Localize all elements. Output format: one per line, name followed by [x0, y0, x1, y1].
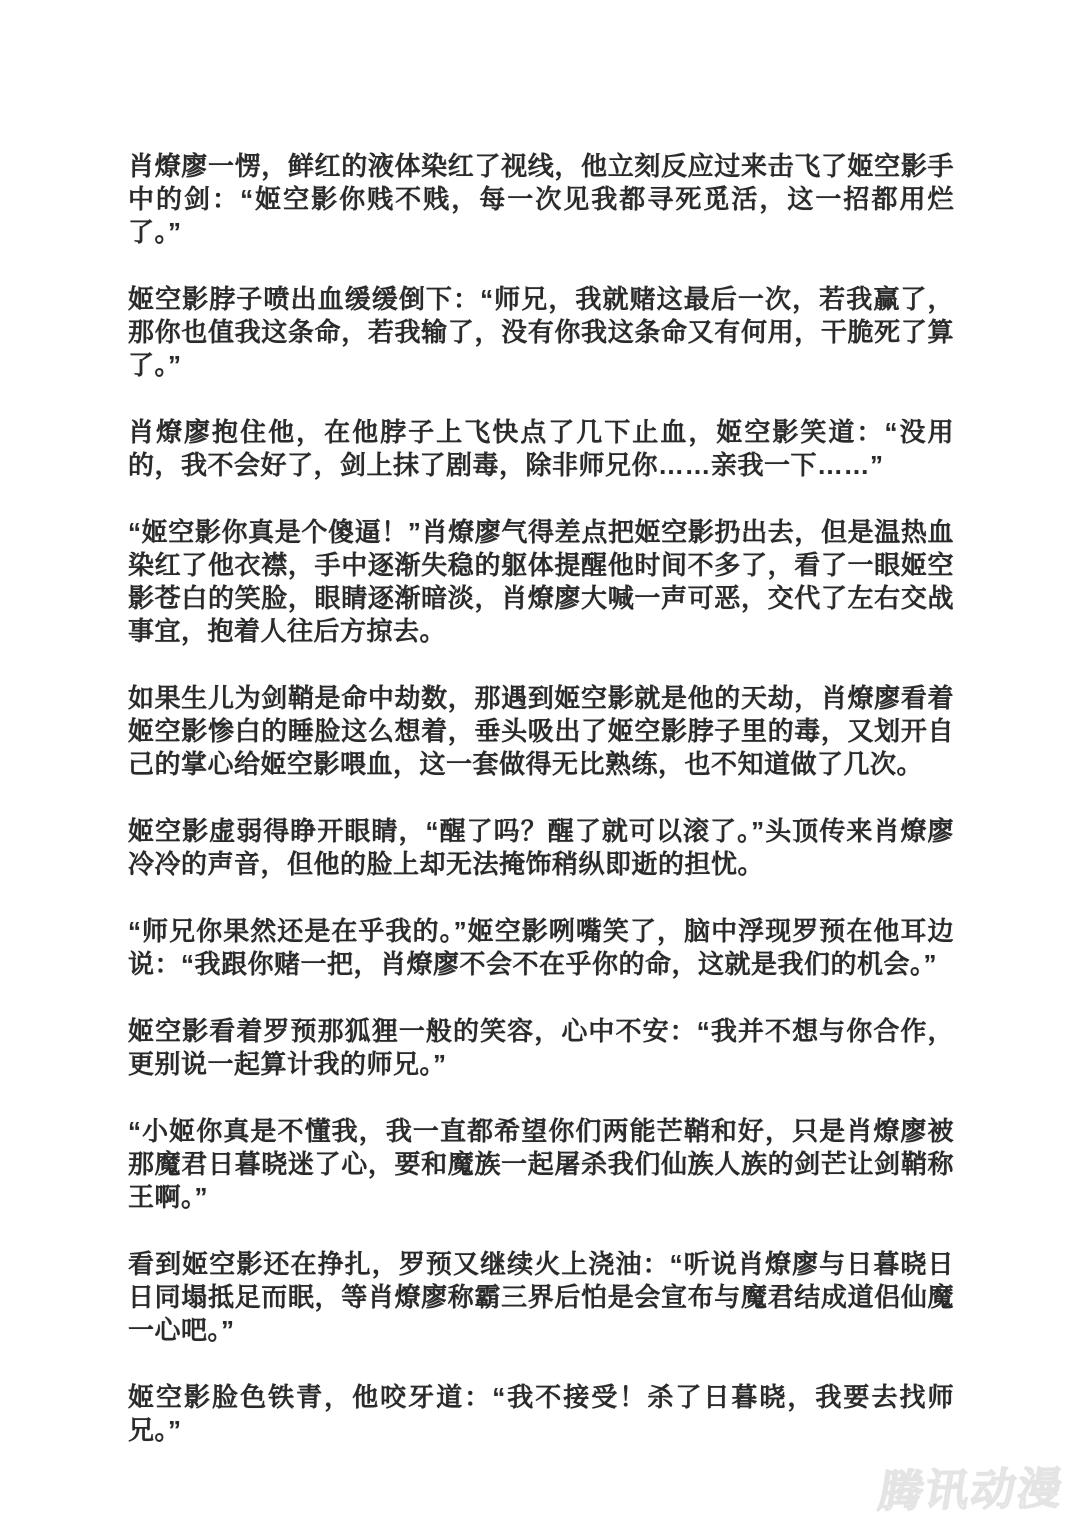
story-paragraph: 姬空影虚弱得睁开眼睛，“醒了吗？醒了就可以滚了。”头顶传来肖燎廖冷冷的声音，但他…: [128, 815, 954, 881]
story-paragraph: 姬空影脖子喷出血缓缓倒下：“师兄，我就赌这最后一次，若我赢了，那你也值我这条命，…: [128, 283, 954, 382]
story-paragraph: 如果生儿为剑鞘是命中劫数，那遇到姬空影就是他的天劫，肖燎廖看着姬空影惨白的睡脸这…: [128, 682, 954, 781]
story-text-block: 肖燎廖一愣，鲜红的液体染红了视线，他立刻反应过来击飞了姬空影手中的剑：“姬空影你…: [128, 150, 954, 1481]
novel-reader-page: 肖燎廖一愣，鲜红的液体染红了视线，他立刻反应过来击飞了姬空影手中的剑：“姬空影你…: [0, 0, 1080, 1528]
story-paragraph: “姬空影你真是个傻逼！”肖燎廖气得差点把姬空影扔出去，但是温热血染红了他衣襟，手…: [128, 516, 954, 648]
story-paragraph: “小姬你真是不懂我，我一直都希望你们两能芒鞘和好，只是肖燎廖被那魔君日暮晓迷了心…: [128, 1115, 954, 1214]
story-paragraph: 肖燎廖一愣，鲜红的液体染红了视线，他立刻反应过来击飞了姬空影手中的剑：“姬空影你…: [128, 150, 954, 249]
story-paragraph: “师兄你果然还是在乎我的。”姬空影咧嘴笑了，脑中浮现罗预在他耳边说：“我跟你赌一…: [128, 915, 954, 981]
story-paragraph: 肖燎廖抱住他，在他脖子上飞快点了几下止血，姬空影笑道：“没用的，我不会好了，剑上…: [128, 416, 954, 482]
story-paragraph: 看到姬空影还在挣扎，罗预又继续火上浇油：“听说肖燎廖与日暮晓日日同塌抵足而眠，等…: [128, 1248, 954, 1347]
story-paragraph: 姬空影脸色铁青，他咬牙道：“我不接受！杀了日暮晓，我要去找师兄。”: [128, 1381, 954, 1447]
story-paragraph: 姬空影看着罗预那狐狸一般的笑容，心中不安：“我并不想与你合作，更别说一起算计我的…: [128, 1015, 954, 1081]
tencent-comics-watermark: 腾讯动漫: [875, 1452, 1070, 1519]
